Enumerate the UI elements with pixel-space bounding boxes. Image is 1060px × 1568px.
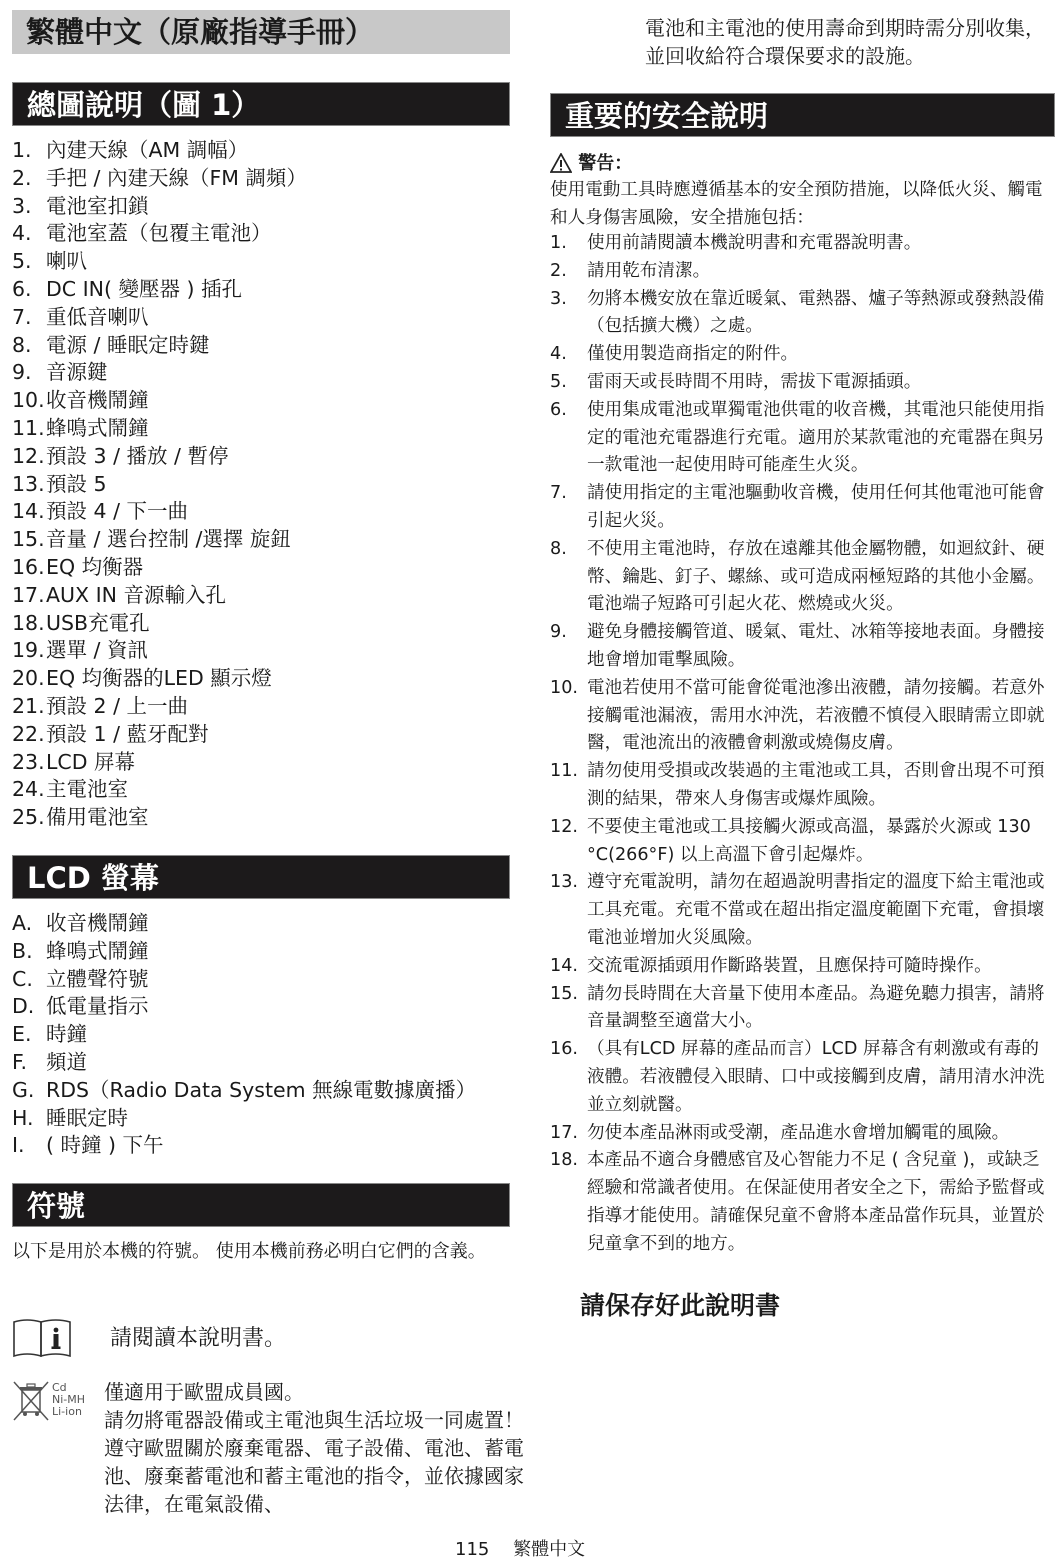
list-item: 3.電池室扣鎖 [12, 193, 510, 221]
weee-text-continued: 電池和主電池的使用壽命到期時需分別收集，並回收給符合環保要求的設施。 [645, 14, 1050, 70]
list-item: B.蜂鳴式鬧鐘 [12, 938, 522, 966]
list-item: 7.重低音喇叭 [12, 304, 510, 332]
footer-language: 繁體中文 [513, 1539, 585, 1560]
safety-intro: 使用電動工具時應遵循基本的安全預防措施，以降低火災、觸電和人身傷害風險，安全措施… [550, 177, 1055, 233]
overview-heading: 總圖說明（圖 1） [12, 82, 510, 126]
lcd-heading: LCD 螢幕 [12, 855, 510, 899]
list-item: 14.預設 4 / 下一曲 [12, 498, 510, 526]
read-manual-text: 請閱讀本說明書。 [110, 1322, 286, 1356]
list-item: 12.不要使主電池或工具接觸火源或高溫，暴露於火源或 130 °C(266°F)… [550, 814, 1053, 870]
list-item: 2.請用乾布清潔。 [550, 258, 1053, 286]
warning-triangle-icon [550, 153, 578, 174]
list-item: 13.遵守充電說明，請勿在超過說明書指定的溫度下給主電池或工具充電。充電不當或在… [550, 869, 1053, 952]
symbols-heading: 符號 [12, 1183, 510, 1227]
read-manual-row: 請閱讀本說明書。 [12, 1318, 522, 1362]
list-item: 6.使用集成電池或單獨電池供電的收音機，其電池只能使用指定的電池充電器進行充電。… [550, 397, 1053, 480]
page-footer: 115 繁體中文 [455, 1538, 585, 1562]
weee-battery-labels: Cd Ni-MH Li-ion [52, 1382, 85, 1418]
list-item: 18.USB充電孔 [12, 610, 510, 638]
list-item: 17.AUX IN 音源輸入孔 [12, 582, 510, 610]
weee-crossed-bin-icon [12, 1380, 52, 1426]
list-item: 10.收音機鬧鐘 [12, 387, 510, 415]
list-item: H.睡眠定時 [12, 1105, 522, 1133]
list-item: 19.選單 / 資訊 [12, 637, 510, 665]
list-item: I.( 時鐘 ) 下午 [12, 1132, 522, 1160]
list-item: 5.喇叭 [12, 248, 510, 276]
list-item: G.RDS（Radio Data System 無線電數據廣播） [12, 1077, 522, 1105]
safety-heading: 重要的安全說明 [550, 93, 1055, 137]
read-manual-icon [12, 1318, 72, 1364]
list-item: 4.僅使用製造商指定的附件。 [550, 341, 1053, 369]
list-item: 8.電源 / 睡眠定時鍵 [12, 332, 510, 360]
list-item: D.低電量指示 [12, 993, 522, 1021]
list-item: 1.內建天線（AM 調幅） [12, 137, 510, 165]
list-item: 14.交流電源插頭用作斷路裝置，且應保持可隨時操作。 [550, 953, 1053, 981]
list-item: 25.備用電池室 [12, 804, 510, 832]
list-item: 21.預設 2 / 上一曲 [12, 693, 510, 721]
list-item: 16.EQ 均衡器 [12, 554, 510, 582]
list-item: 23.LCD 屏幕 [12, 749, 510, 777]
list-item: 15.音量 / 選台控制 /選擇 旋鈕 [12, 526, 510, 554]
list-item: 11.請勿使用受損或改裝過的主電池或工具，否則會出現不可預測的結果，帶來人身傷害… [550, 758, 1053, 814]
list-item: 4.電池室蓋（包覆主電池） [12, 220, 510, 248]
list-item: 18.本產品不適合身體感官及心智能力不足 ( 含兒童 )，或缺乏經驗和常識者使用… [550, 1147, 1053, 1258]
list-item: 6.DC IN( 變壓器 ) 插孔 [12, 276, 510, 304]
lcd-list: A.收音機鬧鐘 B.蜂鳴式鬧鐘 C.立體聲符號 D.低電量指示 E.時鐘 F.頻… [12, 910, 522, 1160]
list-item: 1.使用前請閱讀本機說明書和充電器說明書。 [550, 230, 1053, 258]
list-item: 17.勿使本產品淋雨或受潮，產品進水會增加觸電的風險。 [550, 1120, 1053, 1148]
warning-label-row: 警告： [550, 150, 632, 178]
page-number: 115 [455, 1539, 489, 1560]
list-item: 9.避免身體接觸管道、暖氣、電灶、冰箱等接地表面。身體接地會增加電擊風險。 [550, 619, 1053, 675]
symbols-intro: 以下是用於本機的符號。 使用本機前務必明白它們的含義。 [12, 1238, 492, 1266]
list-item: 20.EQ 均衡器的LED 顯示燈 [12, 665, 510, 693]
list-item: 9.音源鍵 [12, 359, 510, 387]
list-item: 8.不使用主電池時，存放在遠離其他金屬物體，如迴紋針、硬幣、鑰匙、釘子、螺絲、或… [550, 536, 1053, 619]
page-title: 繁體中文（原廠指導手冊） [12, 10, 510, 54]
list-item: 2.手把 / 內建天線（FM 調頻） [12, 165, 510, 193]
list-item: 12.預設 3 / 播放 / 暫停 [12, 443, 510, 471]
list-item: 5.雷雨天或長時間不用時，需拔下電源插頭。 [550, 369, 1053, 397]
list-item: E.時鐘 [12, 1021, 522, 1049]
list-item: 13.預設 5 [12, 471, 510, 499]
list-item: 3.勿將本機安放在靠近暖氣、電熱器、爐子等熱源或發熱設備（包括擴大機）之處。 [550, 286, 1053, 342]
weee-text: 僅適用于歐盟成員國。 請勿將電器設備或主電池與生活垃圾一同處置！遵守歐盟關於廢棄… [104, 1378, 524, 1518]
list-item: 16.（具有LCD 屏幕的產品而言）LCD 屏幕含有刺激或有毒的液體。若液體侵入… [550, 1036, 1053, 1119]
list-item: 24.主電池室 [12, 776, 510, 804]
list-item: 11.蜂鳴式鬧鐘 [12, 415, 510, 443]
save-manual-note: 請保存好此說明書 [580, 1286, 780, 1322]
list-item: 15.請勿長時間在大音量下使用本產品。為避免聽力損害，請將音量調整至適當大小。 [550, 981, 1053, 1037]
list-item: C.立體聲符號 [12, 966, 522, 994]
list-item: F.頻道 [12, 1049, 522, 1077]
list-item: A.收音機鬧鐘 [12, 910, 522, 938]
list-item: 10.電池若使用不當可能會從電池滲出液體，請勿接觸。若意外接觸電池漏液，需用水沖… [550, 675, 1053, 758]
list-item: 22.預設 1 / 藍牙配對 [12, 721, 510, 749]
warning-label: 警告： [578, 153, 632, 174]
list-item: 7.請使用指定的主電池驅動收音機，使用任何其他電池可能會引起火災。 [550, 480, 1053, 536]
weee-row: Cd Ni-MH Li-ion 僅適用于歐盟成員國。 請勿將電器設備或主電池與生… [12, 1378, 532, 1528]
safety-list: 1.使用前請閱讀本機說明書和充電器說明書。 2.請用乾布清潔。 3.勿將本機安放… [550, 230, 1053, 1258]
overview-list: 1.內建天線（AM 調幅） 2.手把 / 內建天線（FM 調頻） 3.電池室扣鎖… [12, 137, 510, 832]
